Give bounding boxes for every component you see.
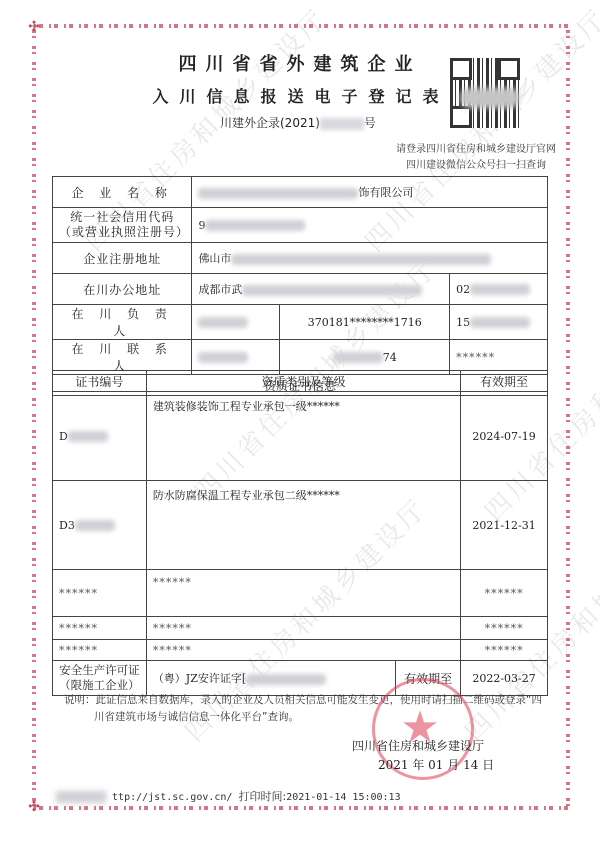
redacted-block: [198, 352, 248, 363]
table-row: D3 防水防腐保温工程专业承包二级****** 2021-12-31: [53, 481, 548, 570]
safety-permit-label: 安全生产许可证 （限施工企业）: [53, 661, 147, 696]
print-time-label: 打印时间:: [238, 790, 286, 803]
qr-hint-line2: 四川建设微信公众号扫一扫查询: [376, 156, 576, 171]
registered-address-value: 佛山市: [192, 243, 548, 274]
registration-prefix: 川建外企录(2021): [220, 116, 320, 130]
company-name-label: 企 业 名 称: [53, 177, 192, 208]
table-header-row: 证书编号 资质类别及等级 有效期至: [53, 371, 548, 392]
cert-valid-until: 2024-07-19: [461, 392, 548, 481]
redacted-block: [56, 791, 106, 803]
cert-qualification: ******: [146, 570, 460, 617]
corner-ornament-icon: ✣: [27, 800, 41, 814]
footer-url[interactable]: ttp://jst.sc.gov.cn/: [112, 792, 232, 803]
redacted-block: [320, 118, 364, 130]
cert-valid-until: ******: [461, 617, 548, 640]
sichuan-office-value: 成都市武: [192, 274, 450, 305]
table-row: ****** ****** ******: [53, 617, 548, 640]
sichuan-office-label: 在川办公地址: [53, 274, 192, 305]
print-time: 2021-01-14 15:00:13: [286, 792, 400, 803]
document-title-line2: 入川信息报送电子登记表: [146, 84, 456, 107]
cert-qualification: 防水防腐保温工程专业承包二级******: [146, 481, 460, 570]
redacted-block: [460, 88, 520, 108]
company-name-value: 饰有限公司: [192, 177, 548, 208]
registered-address-label: 企业注册地址: [53, 243, 192, 274]
safety-permit-value: （粤）JZ安许证字[: [147, 670, 395, 686]
credit-code-label: 统一社会信用代码 （或营业执照注册号）: [53, 208, 192, 243]
cert-number: D: [53, 392, 147, 481]
redacted-block: [231, 254, 491, 265]
responsible-person-name: [192, 305, 280, 340]
certificate-table: 证书编号 资质类别及等级 有效期至 D 建筑装修装饰工程专业承包一级******…: [52, 370, 548, 696]
qr-code-icon[interactable]: [450, 58, 520, 128]
redacted-block: [246, 674, 326, 685]
header-cert-number: 证书编号: [53, 371, 147, 392]
redacted-block: [470, 317, 530, 328]
cert-number: D3: [53, 481, 147, 570]
redacted-block: [198, 317, 248, 328]
cert-number: ******: [53, 617, 147, 640]
cert-valid-until: ******: [461, 570, 548, 617]
cert-qualification: ******: [146, 640, 460, 661]
cert-valid-until: ******: [461, 640, 548, 661]
redacted-block: [68, 431, 108, 442]
table-row: ****** ****** ******: [53, 570, 548, 617]
decorative-border-top: [34, 24, 572, 28]
redacted-block: [333, 352, 383, 363]
table-row: 企业注册地址 佛山市: [53, 243, 548, 274]
cert-valid-until: 2021-12-31: [461, 481, 548, 570]
print-footer: ttp://jst.sc.gov.cn/ 打印时间:2021-01-14 15:…: [56, 788, 401, 804]
credit-code-value: 9: [192, 208, 548, 243]
safety-valid-until: 2022-03-27: [461, 661, 548, 696]
cert-qualification: ******: [146, 617, 460, 640]
redacted-block: [242, 285, 422, 296]
table-row: 在 川 负 责 人 370181********1716 15: [53, 305, 548, 340]
table-row: D 建筑装修装饰工程专业承包一级****** 2024-07-19: [53, 392, 548, 481]
cert-number: ******: [53, 570, 147, 617]
redacted-block: [75, 520, 115, 531]
cert-qualification: 建筑装修装饰工程专业承包一级******: [146, 392, 460, 481]
document-title-line1: 四川省省外建筑企业: [150, 50, 450, 76]
table-row: 在川办公地址 成都市武 02: [53, 274, 548, 305]
responsible-person-id: 370181********1716: [280, 305, 450, 340]
cert-number: ******: [53, 640, 147, 661]
issue-date: 2021 年 01 月 14 日: [378, 756, 494, 773]
decorative-border-left: [32, 30, 36, 808]
table-row: ****** ****** ******: [53, 640, 548, 661]
responsible-person-label: 在 川 负 责 人: [53, 305, 192, 340]
sichuan-office-phone: 02: [450, 274, 548, 305]
qr-finder: [450, 106, 472, 128]
redacted-block: [470, 284, 530, 295]
decorative-border-bottom: [34, 806, 572, 810]
responsible-person-phone: 15: [450, 305, 548, 340]
registration-number: 川建外企录(2021)号: [220, 114, 376, 131]
redacted-block: [205, 220, 305, 231]
redacted-block: [198, 188, 358, 199]
registration-suffix: 号: [364, 116, 376, 130]
table-row: 企 业 名 称 饰有限公司: [53, 177, 548, 208]
table-row: 安全生产许可证 （限施工企业） （粤）JZ安许证字[ 有效期至 2022-03-…: [53, 661, 548, 696]
corner-ornament-icon: ✣: [27, 20, 41, 34]
header-valid-until: 有效期至: [461, 371, 548, 392]
qr-hint-line1: 请登录四川省住房和城乡建设厅官网: [376, 140, 576, 155]
company-info-table: 企 业 名 称 饰有限公司 统一社会信用代码 （或营业执照注册号） 9 企业注册…: [52, 176, 548, 396]
table-row: 统一社会信用代码 （或营业执照注册号） 9: [53, 208, 548, 243]
header-qualification: 资质类别及等级: [146, 371, 460, 392]
issuer-name: 四川省住房和城乡建设厅: [352, 737, 484, 754]
